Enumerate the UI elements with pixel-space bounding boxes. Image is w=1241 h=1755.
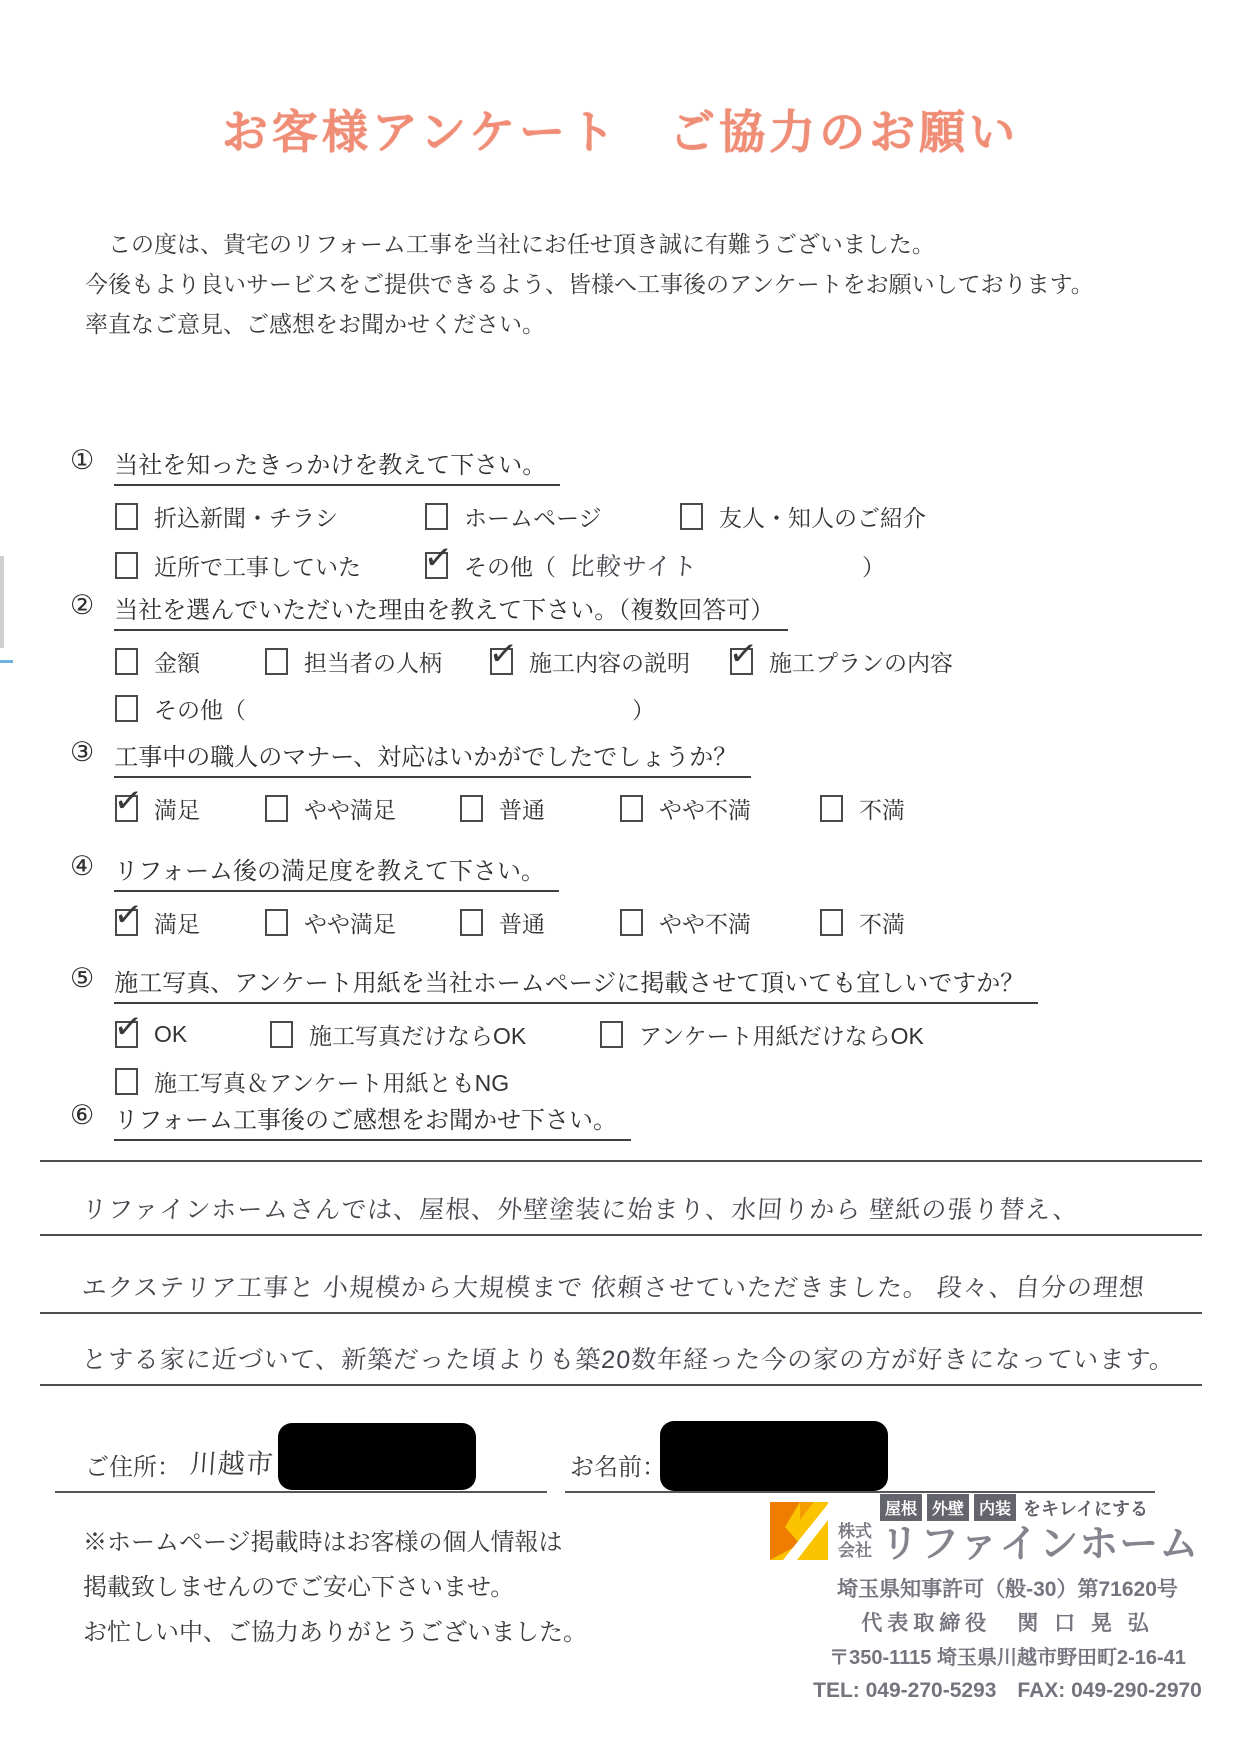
- checkbox[interactable]: [270, 1021, 293, 1048]
- company-prefix-bottom: 会社: [838, 1541, 872, 1560]
- option-label: 満足: [154, 906, 200, 939]
- checkbox[interactable]: [820, 909, 843, 936]
- handwritten-answer: リファインホームさんでは、屋根、外壁塗装に始まり、水回りから 壁紙の張り替え、: [81, 1190, 1080, 1226]
- company-tel-fax: TEL: 049-270-5293 FAX: 049-290-2970: [770, 1674, 1241, 1704]
- checkbox[interactable]: [115, 909, 138, 936]
- question-heading: 施工写真、アンケート用紙を当社ホームページに掲載させて頂いても宜しいですか？: [114, 963, 1038, 1004]
- checkbox-option: ホームページ: [425, 500, 680, 533]
- question-number: ②: [70, 590, 94, 620]
- option-label: アンケート用紙だけならOK: [639, 1018, 924, 1051]
- checkbox[interactable]: [460, 795, 483, 822]
- checkbox[interactable]: [115, 1021, 138, 1048]
- option-label: 不満: [859, 906, 905, 939]
- privacy-note-line: お忙しい中、ご協力ありがとうございました。: [83, 1610, 587, 1655]
- option-label: やや不満: [659, 792, 751, 825]
- question-heading: リフォーム後の満足度を教えて下さい。: [114, 851, 559, 892]
- checkbox-option-other: その他（ 比較サイト ）: [425, 547, 885, 583]
- checkbox-option: やや不満: [620, 906, 820, 939]
- checkbox-option: 施工内容の説明: [490, 645, 730, 678]
- checkbox[interactable]: [425, 552, 448, 579]
- checkbox[interactable]: [460, 909, 483, 936]
- checkbox[interactable]: [620, 909, 643, 936]
- option-label: 近所で工事していた: [154, 549, 361, 582]
- option-label: やや満足: [304, 792, 396, 825]
- answer-line: エクステリア工事と 小規模から大規模まで 依頼させていただきました。 段々、自分…: [40, 1236, 1202, 1314]
- checkbox[interactable]: [115, 1068, 138, 1095]
- company-name: リファインホーム: [880, 1523, 1241, 1567]
- option-label: その他（: [154, 692, 246, 725]
- checkbox-option: 友人・知人のご紹介: [680, 500, 926, 533]
- privacy-note-line: ※ホームページ掲載時はお客様の個人情報は: [83, 1520, 587, 1565]
- company-representative: 代表取締役 関 口 晃 弘: [770, 1607, 1241, 1637]
- option-label: 施工内容の説明: [529, 645, 690, 678]
- option-label: 満足: [154, 792, 200, 825]
- handwritten-address: 川越市: [189, 1442, 276, 1481]
- question-1: ① 当社を知ったきっかけを教えて下さい。 折込新聞・チラシ ホームページ 友人・…: [70, 445, 1200, 583]
- option-label: その他（: [464, 549, 556, 582]
- checkbox-option: やや満足: [265, 906, 460, 939]
- survey-document: お客様アンケート ご協力のお願い この度は、貴宅のリフォーム工事を当社にお任せ頂…: [0, 0, 1241, 1755]
- company-license: 埼玉県知事許可（般-30）第71620号: [770, 1573, 1241, 1603]
- checkbox-option: やや不満: [620, 792, 820, 825]
- handwritten-other-value: 比較サイト: [569, 547, 700, 583]
- tagline-box-interior: 内装: [974, 1494, 1016, 1521]
- privacy-note-line: 掲載致しませんのでご安心下さいませ。: [83, 1565, 587, 1610]
- checkbox[interactable]: [115, 503, 138, 530]
- intro-line: 今後もより良いサービスをご提供できるよう、皆様へ工事後のアンケートをお願いしてお…: [85, 264, 1170, 304]
- company-info-block: 株式 会社 屋根 外壁 内装 をキレイにする リファインホーム 埼玉県知事許可（…: [770, 1494, 1241, 1704]
- redaction-box-address: [278, 1423, 476, 1490]
- option-label: 担当者の人柄: [304, 645, 442, 678]
- option-label: 金額: [154, 645, 200, 678]
- question-heading: リフォーム工事後のご感想をお聞かせ下さい。: [114, 1100, 631, 1141]
- scan-artifact: [0, 556, 4, 648]
- address-underline: [55, 1491, 547, 1493]
- checkbox-option: 施工写真＆アンケート用紙ともNG: [115, 1065, 509, 1098]
- checkbox[interactable]: [115, 795, 138, 822]
- checkbox-option: 施工写真だけならOK: [270, 1018, 600, 1051]
- checkbox-option: OK: [115, 1021, 270, 1048]
- redaction-box-name: [660, 1421, 888, 1491]
- option-label: 施工写真＆アンケート用紙ともNG: [154, 1065, 509, 1098]
- checkbox[interactable]: [265, 795, 288, 822]
- option-label: 友人・知人のご紹介: [719, 500, 926, 533]
- checkbox-option: 不満: [820, 792, 905, 825]
- checkbox-option: 近所で工事していた: [115, 549, 425, 582]
- checkbox-option: 満足: [115, 792, 265, 825]
- option-label: 施工写真だけならOK: [309, 1018, 526, 1051]
- checkbox-option: 不満: [820, 906, 905, 939]
- question-6: ⑥ リフォーム工事後のご感想をお聞かせ下さい。: [70, 1100, 1200, 1141]
- question-number: ③: [70, 737, 94, 767]
- checkbox-option: 金額: [115, 645, 265, 678]
- address-label: ご住所：: [85, 1447, 181, 1482]
- option-label: 普通: [499, 792, 545, 825]
- company-logo-icon: [770, 1502, 828, 1565]
- checkbox-option: 普通: [460, 792, 620, 825]
- checkbox-option: やや満足: [265, 792, 460, 825]
- tagline-suffix: をキレイにする: [1023, 1495, 1148, 1521]
- checkbox-option: 普通: [460, 906, 620, 939]
- page-title: お客様アンケート ご協力のお願い: [0, 96, 1241, 162]
- checkbox[interactable]: [265, 648, 288, 675]
- company-prefix: 株式 会社: [838, 1522, 872, 1560]
- checkbox[interactable]: [600, 1021, 623, 1048]
- company-address: 〒350-1115 埼玉県川越市野田町2-16-41: [770, 1641, 1241, 1670]
- answer-line: とする家に近づいて、新築だった頃よりも築20数年経った今の家の方が好きになってい…: [40, 1314, 1202, 1386]
- question-heading: 当社を知ったきっかけを教えて下さい。: [114, 445, 560, 486]
- option-label: ホームページ: [464, 500, 602, 533]
- checkbox[interactable]: [620, 795, 643, 822]
- checkbox[interactable]: [115, 648, 138, 675]
- question-number: ①: [70, 445, 94, 475]
- scan-artifact: [0, 660, 13, 663]
- checkbox-option: 施工プランの内容: [730, 645, 953, 678]
- checkbox[interactable]: [115, 695, 138, 722]
- checkbox[interactable]: [820, 795, 843, 822]
- question-3: ③ 工事中の職人のマナー、対応はいかがでしたでしょうか？ 満足 やや満足 普通 …: [70, 737, 1200, 825]
- handwritten-answer: エクステリア工事と 小規模から大規模まで 依頼させていただきました。 段々、自分…: [81, 1268, 1147, 1304]
- question-5: ⑤ 施工写真、アンケート用紙を当社ホームページに掲載させて頂いても宜しいですか？…: [70, 963, 1200, 1098]
- handwritten-answer: とする家に近づいて、新築だった頃よりも築20数年経った今の家の方が好きになってい…: [81, 1340, 1177, 1376]
- question-number: ④: [70, 851, 94, 881]
- checkbox[interactable]: [265, 909, 288, 936]
- company-tagline: 屋根 外壁 内装 をキレイにする: [880, 1494, 1241, 1521]
- close-paren: ）: [862, 549, 885, 582]
- intro-line: この度は、貴宅のリフォーム工事を当社にお任せ頂き誠に有難うございました。: [85, 224, 1170, 264]
- checkbox[interactable]: [730, 648, 753, 675]
- question-number: ⑥: [70, 1100, 94, 1130]
- name-label: お名前：: [570, 1447, 666, 1482]
- answer-line: リファインホームさんでは、屋根、外壁塗装に始まり、水回りから 壁紙の張り替え、: [40, 1162, 1202, 1236]
- intro-paragraph: この度は、貴宅のリフォーム工事を当社にお任せ頂き誠に有難うございました。 今後も…: [85, 224, 1170, 344]
- checkbox-option: 満足: [115, 906, 265, 939]
- checkbox[interactable]: [425, 503, 448, 530]
- free-answer-area: リファインホームさんでは、屋根、外壁塗装に始まり、水回りから 壁紙の張り替え、 …: [40, 1160, 1202, 1386]
- company-prefix-top: 株式: [838, 1522, 872, 1541]
- question-2: ② 当社を選んでいただいた理由を教えて下さい。（複数回答可） 金額 担当者の人柄…: [70, 590, 1200, 725]
- option-label: 施工プランの内容: [769, 645, 953, 678]
- checkbox[interactable]: [680, 503, 703, 530]
- checkbox-option-other: その他（ ）: [115, 692, 655, 725]
- option-label: 折込新聞・チラシ: [154, 500, 338, 533]
- option-label: やや満足: [304, 906, 396, 939]
- question-4: ④ リフォーム後の満足度を教えて下さい。 満足 やや満足 普通 やや不満: [70, 851, 1200, 939]
- tagline-box-roof: 屋根: [880, 1494, 922, 1521]
- privacy-note: ※ホームページ掲載時はお客様の個人情報は 掲載致しませんのでご安心下さいませ。 …: [83, 1520, 587, 1655]
- question-number: ⑤: [70, 963, 94, 993]
- question-heading: 工事中の職人のマナー、対応はいかがでしたでしょうか？: [114, 737, 751, 778]
- question-heading: 当社を選んでいただいた理由を教えて下さい。（複数回答可）: [114, 590, 788, 631]
- checkbox-option: 折込新聞・チラシ: [115, 500, 425, 533]
- intro-line: 率直なご意見、ご感想をお聞かせください。: [85, 304, 1170, 344]
- tagline-box-wall: 外壁: [927, 1494, 969, 1521]
- option-label: 不満: [859, 792, 905, 825]
- checkbox-option: 担当者の人柄: [265, 645, 490, 678]
- option-label: やや不満: [659, 906, 751, 939]
- option-label: 普通: [499, 906, 545, 939]
- checkbox-option: アンケート用紙だけならOK: [600, 1018, 924, 1051]
- close-paren: ）: [632, 692, 655, 725]
- checkbox[interactable]: [490, 648, 513, 675]
- checkbox[interactable]: [115, 552, 138, 579]
- name-underline: [565, 1491, 1155, 1493]
- option-label: OK: [154, 1021, 187, 1048]
